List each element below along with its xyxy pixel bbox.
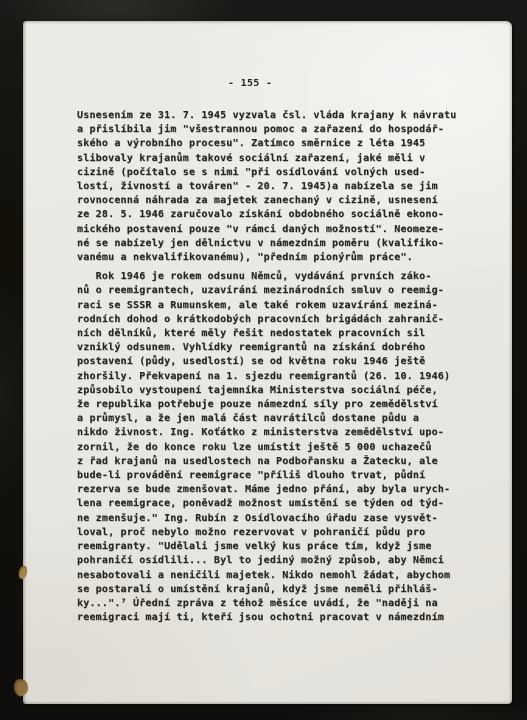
paper-page: - 155 - Usnesením ze 31. 7. 1945 vyzvala… — [23, 21, 512, 704]
page-number: - 155 - — [228, 77, 272, 91]
paragraph: Usnesením ze 31. 7. 1945 vyzvala čsl. vl… — [77, 109, 447, 265]
scanned-book-page: - 155 - Usnesením ze 31. 7. 1945 vyzvala… — [0, 0, 527, 720]
text-block: Usnesením ze 31. 7. 1945 vyzvala čsl. vl… — [77, 109, 447, 625]
paper-edge-speck — [12, 678, 29, 698]
paragraph: Rok 1946 je rokem odsunu Němců, vydávání… — [77, 270, 447, 625]
paper-edge-speck — [18, 566, 28, 580]
